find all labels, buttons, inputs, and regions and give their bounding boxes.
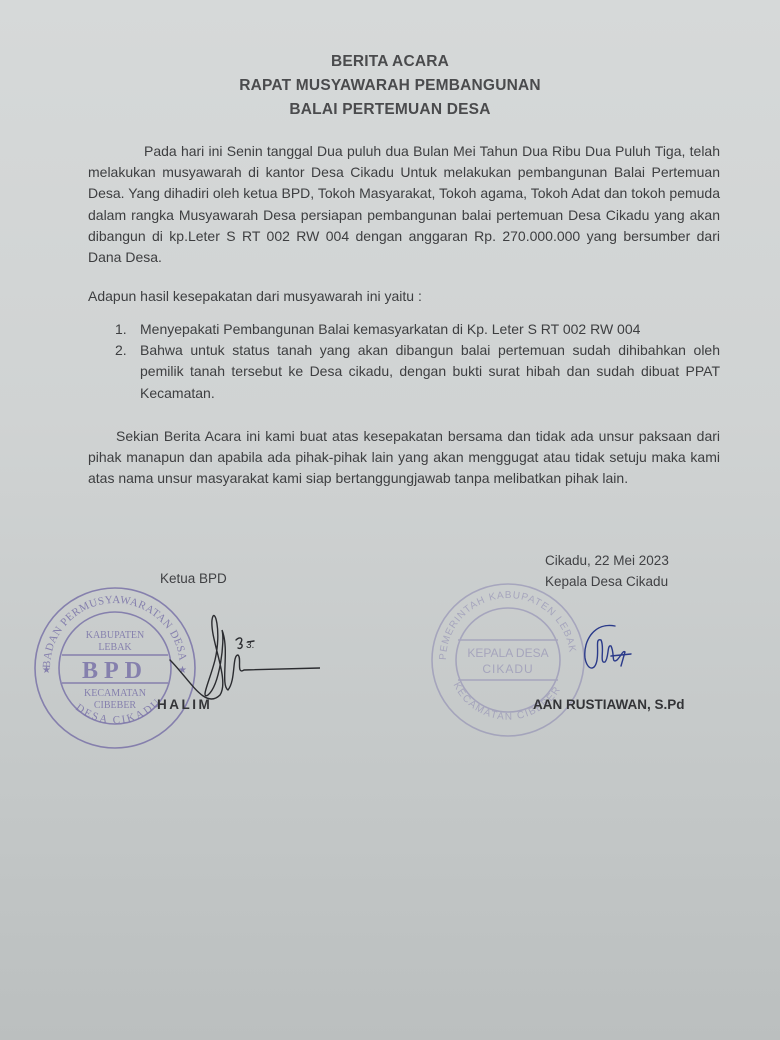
place-date: Cikadu, 22 Mei 2023 — [545, 550, 669, 571]
stamp-center: BPD — [82, 658, 148, 684]
title-line-2: RAPAT MUSYAWARAH PEMBANGUNAN — [0, 74, 780, 98]
document-title: BERITA ACARA RAPAT MUSYAWARAH PEMBANGUNA… — [0, 50, 780, 122]
stamp-line2: CIKADU — [482, 662, 533, 676]
stamp-line1: KEPALA DESA — [467, 646, 548, 660]
list-item: 1. Menyepakati Pembangunan Balai kemasya… — [115, 319, 720, 340]
svg-text:★: ★ — [42, 665, 51, 676]
right-signatory-name: AAN RUSTIAWAN, S.Pd — [533, 697, 685, 712]
stamp-line3: KECAMATAN — [84, 688, 146, 699]
document-page: BERITA ACARA RAPAT MUSYAWARAH PEMBANGUNA… — [0, 0, 780, 1040]
opening-paragraph-text: Pada hari ini Senin tanggal Dua puluh du… — [88, 143, 720, 265]
list-item-text: Menyepakati Pembangunan Balai kemasyarka… — [140, 321, 640, 337]
results-list: 1. Menyepakati Pembangunan Balai kemasya… — [115, 319, 720, 404]
left-signature-icon: 3. — [160, 600, 320, 710]
opening-paragraph: Pada hari ini Senin tanggal Dua puluh du… — [88, 141, 720, 268]
results-intro: Adapun hasil kesepakatan dari musyawarah… — [88, 286, 720, 307]
closing-paragraph: Sekian Berita Acara ini kami buat atas k… — [88, 426, 720, 490]
title-line-3: BALAI PERTEMUAN DESA — [0, 98, 780, 122]
village-head-stamp-icon: PEMERINTAH KABUPATEN LEBAK KECAMATAN CIB… — [428, 580, 588, 740]
left-signatory-name: HALIM — [157, 697, 212, 712]
right-signature-icon — [575, 620, 635, 680]
closing-paragraph-text: Sekian Berita Acara ini kami buat atas k… — [88, 428, 720, 486]
stamp-line2: LEBAK — [98, 642, 132, 653]
list-item-text: Bahwa untuk status tanah yang akan diban… — [140, 342, 720, 400]
list-item-number: 1. — [115, 319, 127, 340]
left-signature-note: 3. — [246, 640, 254, 651]
stamp-line1: KABUPATEN — [86, 630, 145, 641]
list-item-number: 2. — [115, 340, 127, 361]
stamp-line4: CIBEBER — [94, 700, 137, 711]
list-item: 2. Bahwa untuk status tanah yang akan di… — [115, 340, 720, 404]
title-line-1: BERITA ACARA — [0, 50, 780, 74]
